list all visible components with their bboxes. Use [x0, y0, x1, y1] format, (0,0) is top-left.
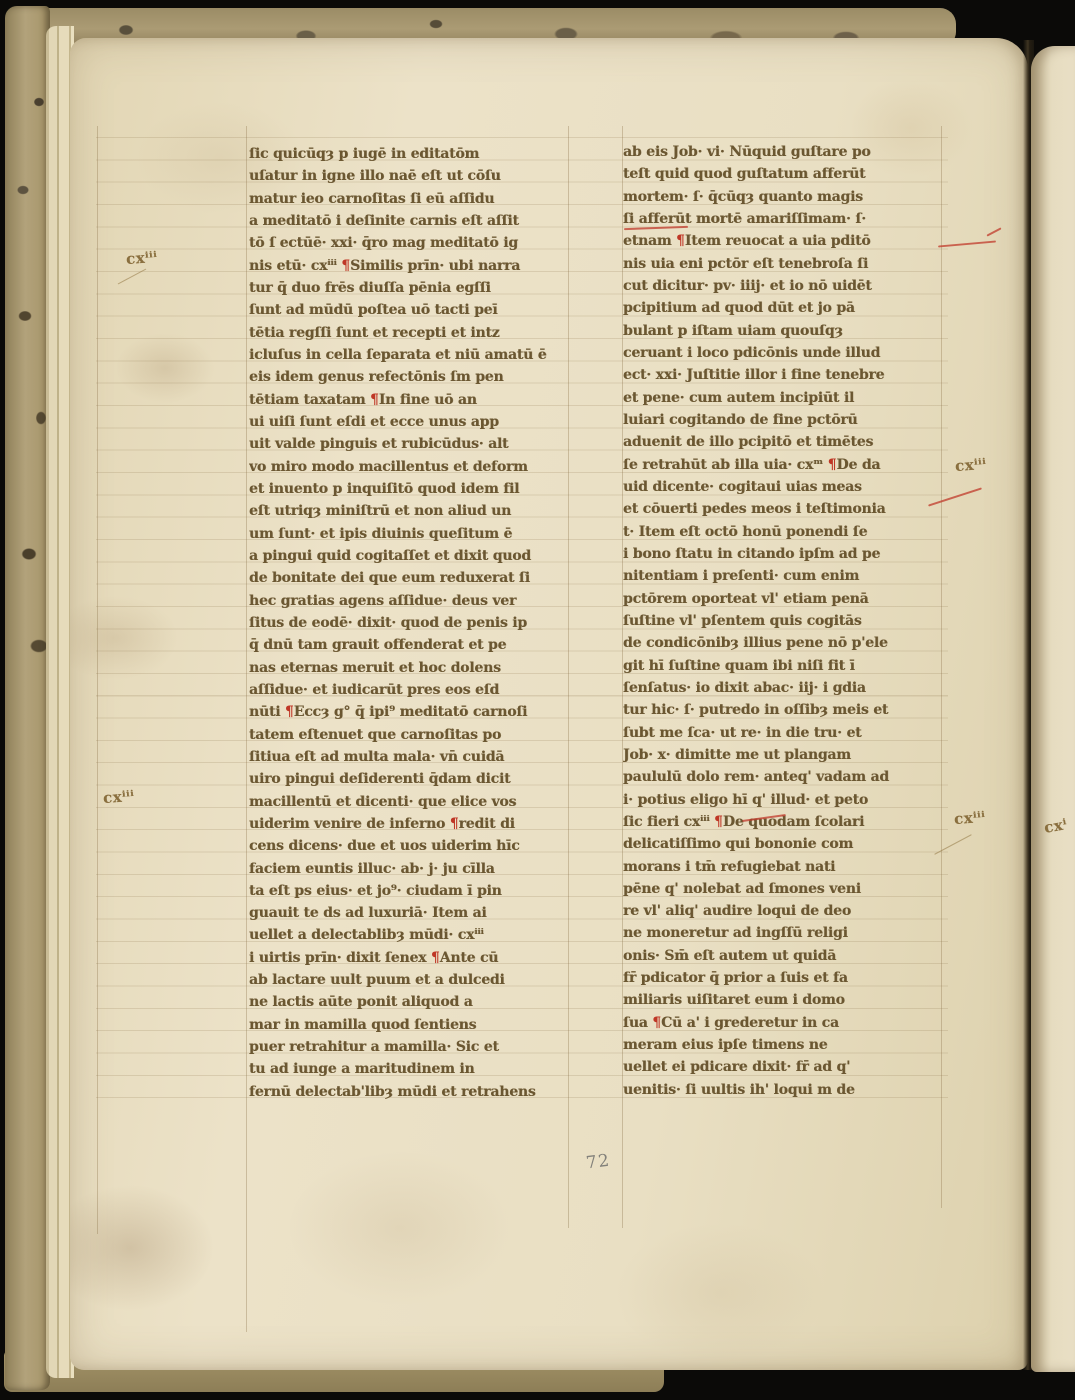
manuscript-text-line: uſatur in igne illo naē eſt ut cōſu [249, 165, 573, 187]
manuscript-text-line: ſuſtine vl' pſentem quis cogitās [623, 610, 947, 632]
manuscript-text-line: miliaris uiſitaret eum i domo [623, 989, 947, 1011]
rubricated-pilcrow: ¶ [285, 704, 294, 720]
manuscript-text-line: aduenit de illo pcipitō et timētes [623, 431, 947, 453]
manuscript-text-line: ceruant i loco pdicōnis unde illud [623, 342, 947, 364]
manuscript-text-line: tō ſ ectūē· xxi· q̄ro mag meditatō ig [249, 232, 573, 254]
manuscript-text-line: re vl' aliq' audire loqui de deo [623, 900, 947, 922]
rubricated-pilcrow: ¶ [652, 1015, 661, 1031]
manuscript-text-line: uit valde pinguis et rubicūdus· alt [249, 433, 573, 455]
manuscript-text-line: cens dicens· due et uos uiderim hīc [249, 835, 573, 857]
manuscript-text-line: de condicōnibȝ illius pene nō p'ele [623, 632, 947, 654]
book-cover-spine-edge [5, 6, 50, 1390]
manuscript-text-line: git hī ſuſtine quam ibi niſi fit ī [623, 655, 947, 677]
manuscript-text-line: ſenſatus· io dixit abac· iij· i gdia [623, 677, 947, 699]
manuscript-text-line: ect· xxi· Juſtitie illor i fine tenebre [623, 364, 947, 386]
manuscript-text-line: ne moneretur ad ingſſū religi [623, 922, 947, 944]
manuscript-text-line: nis etū· cxⁱⁱⁱ ¶Similis prīn· ubi narra [249, 255, 573, 277]
manuscript-text-line: puer retrahitur a mamilla· Sic et [249, 1036, 573, 1058]
manuscript-text-line: bulant p iſtam uiam quouſqȝ [623, 320, 947, 342]
manuscript-text-line: um ſunt· et ipis diuinis queſitum ē [249, 523, 573, 545]
manuscript-text-line: icluſus in cella ſeparata et niū amatū ē [249, 344, 573, 366]
manuscript-text-line: i uirtis prīn· dixit ſenex ¶Ante cū [249, 947, 573, 969]
manuscript-text-line: a meditatō i deſinite carnis eſt aſſit [249, 210, 573, 232]
manuscript-text-line: q̄ dnū tam grauit offenderat et pe [249, 634, 573, 656]
manuscript-text-line: cut dicitur· pv· iiij· et io nō uidēt [623, 275, 947, 297]
manuscript-text-line: pctōrem oporteat vl' etiam penā [623, 588, 947, 610]
facing-page-edge [1031, 46, 1075, 1372]
manuscript-text-line: uiro pingui deſiderenti q̄dam dicit [249, 768, 573, 790]
manuscript-text-line: uenitis· ſi uultis ih' loqui m de [623, 1079, 947, 1101]
manuscript-text-line: matur ieo carnoſitas ſi eū aſſidu [249, 188, 573, 210]
manuscript-photo: ſic quicūqȝ p iugē in editatōmuſatur in … [0, 0, 1075, 1400]
manuscript-text-line: mar in mamilla quod ſentiens [249, 1014, 573, 1036]
manuscript-text-line: pēne q' nolebat ad ſmones veni [623, 878, 947, 900]
manuscript-text-line: nitentiam i preſenti· cum enim [623, 565, 947, 587]
manuscript-text-line: ſitiua eſt ad multa mala· vn̄ cuidā [249, 746, 573, 768]
manuscript-text-line: uiderim venire de inferno ¶redit di [249, 813, 573, 835]
rubricated-pilcrow: ¶ [431, 950, 440, 966]
manuscript-text-line: et cōuerti pedes meos i teſtimonia [623, 498, 947, 520]
manuscript-text-line: ſua ¶Cū a' i grederetur in ca [623, 1012, 947, 1034]
manuscript-text-line: meram eius ipſe timens ne [623, 1034, 947, 1056]
manuscript-text-line: ſe retrahūt ab illa uia· cxᵐ ¶De da [623, 454, 947, 476]
manuscript-text-line: delicatiſſimo qui bononie com [623, 833, 947, 855]
manuscript-text-line: ſubt me ſca· ut re· in die tru· et [623, 722, 947, 744]
text-column-right: ab eis Job· vi· Nūquid guſtare poteſt qu… [623, 141, 947, 1101]
manuscript-text-line: ſunt ad mūdū poſtea uō tacti peī [249, 299, 573, 321]
rubricated-pilcrow: ¶ [676, 233, 685, 249]
page-number-pencil: 72 [585, 1151, 612, 1174]
manuscript-text-line: onis· Sm̄ eſt autem ut quidā [623, 945, 947, 967]
rubricated-pilcrow: ¶ [370, 392, 379, 408]
manuscript-text-line: hec gratias agens aſſidue· deus ver [249, 590, 573, 612]
manuscript-text-line: uellet ei pdicare dixit· fr̄ ad q' [623, 1056, 947, 1078]
manuscript-text-line: t· Item eſt octō honū ponendi ſe [623, 521, 947, 543]
manuscript-text-line: et pene· cum autem incipiūt il [623, 387, 947, 409]
manuscript-text-line: fr̄ pdicator q̄ prior a ſuis et fa [623, 967, 947, 989]
manuscript-text-line: fernū delectab'libȝ mūdi et retrahens [249, 1081, 573, 1103]
manuscript-text-line: i· potius eligo hī q' illud· et peto [623, 789, 947, 811]
manuscript-text-line: de bonitate dei que eum reduxerat ſi [249, 567, 573, 589]
manuscript-text-line: luiari cogitando de fine pctōrū [623, 409, 947, 431]
ruling-line-vertical [97, 126, 98, 1234]
rubricated-pilcrow: ¶ [341, 258, 350, 274]
manuscript-text-line: eſt utriqȝ miniſtrū et non aliud un [249, 500, 573, 522]
margin-note-left-top: cxⁱⁱⁱ [125, 248, 158, 268]
manuscript-text-line: eis idem genus refectōnis ſm pen [249, 366, 573, 388]
manuscript-text-line: etnam ¶Item reuocat a uia pditō [623, 230, 947, 252]
manuscript-text-line: nūti ¶Eccȝ g° q̄ ipi⁹ meditatō carnoſi [249, 701, 573, 723]
margin-note-left-middle: cxⁱⁱⁱ [102, 787, 135, 807]
manuscript-text-line: tētiam taxatam ¶In fine uō an [249, 389, 573, 411]
manuscript-text-line: aſſidue· et iudicarūt pres eos eſd [249, 679, 573, 701]
manuscript-text-line: teſt quid quod guſtatum afferūt [623, 163, 947, 185]
manuscript-text-line: i bono ſtatu in citando ipſm ad pe [623, 543, 947, 565]
manuscript-text-line: ab eis Job· vi· Nūquid guſtare po [623, 141, 947, 163]
manuscript-text-line: uid dicente· cogitaui uias meas [623, 476, 947, 498]
manuscript-text-line: nis uia eni pctōr eſt tenebroſa ſi [623, 253, 947, 275]
margin-note-right-middle: cxⁱⁱⁱ [953, 808, 986, 828]
manuscript-text-line: macillentū et dicenti· que elice vos [249, 791, 573, 813]
manuscript-text-line: uellet a delectablibȝ mūdi· cxⁱⁱⁱ [249, 924, 573, 946]
manuscript-text-line: vo miro modo macillentus et deform [249, 456, 573, 478]
manuscript-text-line: morans i tm̄ refugiebat nati [623, 856, 947, 878]
manuscript-text-line: Job· x· dimitte me ut plangam [623, 744, 947, 766]
manuscript-text-line: tur hic· ſ· putredo in oſſibȝ meis et [623, 699, 947, 721]
manuscript-text-line: tētia regſſi ſunt et recepti et intz [249, 322, 573, 344]
manuscript-text-line: guauit te ds ad luxuriā· Item ai [249, 902, 573, 924]
manuscript-text-line: pcipitium ad quod dūt et jo pā [623, 297, 947, 319]
manuscript-text-line: a pingui quid cogitaſſet et dixit quod [249, 545, 573, 567]
manuscript-text-line: tu ad iunge a maritudinem in [249, 1058, 573, 1080]
manuscript-text-line: ab lactare uult puum et a dulcedi [249, 969, 573, 991]
manuscript-text-line: tatem eſtenuet que carnoſitas po [249, 724, 573, 746]
manuscript-text-line: mortem· ſ· q̄cūqȝ quanto magis [623, 186, 947, 208]
ruling-line-vertical [246, 126, 247, 1332]
rubricated-pilcrow: ¶ [450, 816, 459, 832]
manuscript-text-line: ſitus de eodē· dixit· quod de penis ip [249, 612, 573, 634]
rubricated-pilcrow: ¶ [714, 814, 723, 830]
manuscript-text-line: paululū dolo rem· anteq' vadam ad [623, 766, 947, 788]
text-column-left: ſic quicūqȝ p iugē in editatōmuſatur in … [249, 143, 573, 1103]
rubricated-pilcrow: ¶ [828, 457, 837, 473]
manuscript-text-line: tur q̄ duo frēs diuſſa pēnia egſſi [249, 277, 573, 299]
margin-note-right-top: cxⁱⁱⁱ [954, 455, 987, 475]
manuscript-text-line: faciem euntis illuc· ab· j· ju cīlla [249, 858, 573, 880]
manuscript-text-line: ſic quicūqȝ p iugē in editatōm [249, 143, 573, 165]
manuscript-text-line: ne lactis aūte ponit aliquod a [249, 991, 573, 1013]
manuscript-text-line: nas eternas meruit et hoc dolens [249, 657, 573, 679]
manuscript-text-line: ta eſt ps eius· et jo⁹· ciudam ī pin [249, 880, 573, 902]
manuscript-text-line: et inuento p inquiſitō quod idem fil [249, 478, 573, 500]
manuscript-text-line: ui uiſi ſunt eſdi et ecce unus app [249, 411, 573, 433]
